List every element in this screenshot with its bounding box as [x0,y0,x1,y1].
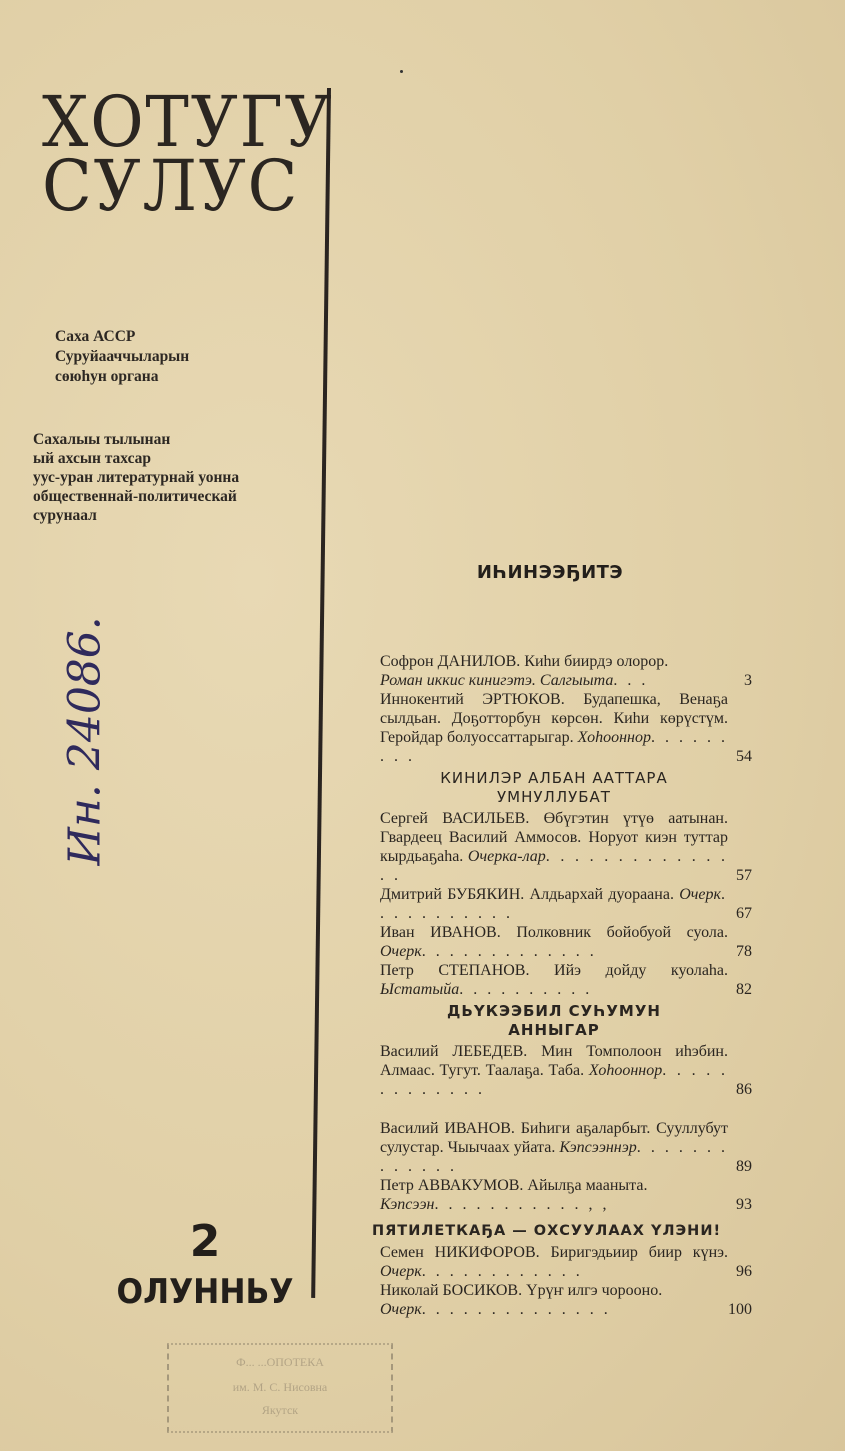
stamp-line: Якутск [169,1403,391,1418]
toc-heading: ИҺИНЭЭҔИТЭ [380,562,720,583]
page-number: 89 [736,1157,752,1176]
table-of-contents: Софрон ДАНИЛОВ. Киһи биирдэ олорор. Рома… [380,652,760,1319]
description-line: общественнай-политическай [33,487,239,506]
magazine-description: Сахалыы тылынан ый ахсын тахсар уус-уран… [33,430,239,525]
page-number: 82 [736,980,752,999]
publisher-organ: Саха АССР Суруйааччыларын сөюһун органа [55,327,189,387]
toc-entry[interactable]: Семен НИКИФОРОВ. Биригэдьиир биир күнэ. … [380,1243,760,1281]
toc-entry[interactable]: Дмитрий БУБЯКИН. Алдьархай дуораана. Оче… [380,885,760,923]
page-number: 96 [736,1262,752,1281]
issue-month: ОЛУННЬУ [113,1272,297,1312]
toc-entry[interactable]: Василий ИВАНОВ. Биһиги аҕаларбыт. Сууллу… [380,1119,760,1176]
page-number: 86 [736,1080,752,1099]
toc-entry[interactable]: Петр СТЕПАНОВ. Ийэ дойду куолаһа. Ыстаты… [380,961,760,999]
description-line: ый ахсын тахсар [33,449,239,468]
description-line: Сахалыы тылынан [33,430,239,449]
section-heading: ДЬҮКЭЭБИЛ СУҺУМУН АННЫГАР [380,1002,760,1040]
toc-entry[interactable]: Иван ИВАНОВ. Полковник бойобуой суола. О… [380,923,760,961]
library-stamp: Ф... ...ОПОТЕКА им. М. С. Нисовна Якутск [167,1343,393,1433]
page-number: 93 [736,1195,752,1214]
inventory-text: Ин. 24086. [60,636,111,866]
toc-entry[interactable]: Сергей ВАСИЛЬЕВ. Өбүгэтин үтүө аатынан. … [380,809,760,885]
organ-line: Суруйааччыларын [55,347,189,367]
page-number: 54 [736,747,752,766]
toc-entry[interactable]: Петр АВВАКУМОВ. Айылҕа мааныта. Кэпсээн.… [380,1176,760,1214]
issue-number: 2 [120,1218,290,1266]
magazine-title: ХОТУГУ СУЛУС [42,90,312,218]
ink-speck [400,70,403,73]
toc-entry[interactable]: Николай БОСИКОВ. Үрүҥ илгэ чорооно. Очер… [380,1281,760,1319]
toc-entry[interactable]: Софрон ДАНИЛОВ. Киһи биирдэ олорор. Рома… [380,652,760,690]
page-number: 100 [728,1300,752,1319]
organ-line: Саха АССР [55,327,189,347]
section-heading: КИНИЛЭР АЛБАН ААТТАРА УМНУЛЛУБАТ [380,769,760,807]
stamp-line: Ф... ...ОПОТЕКА [169,1355,391,1370]
organ-line: сөюһун органа [55,367,189,387]
description-line: сурунаал [33,506,239,525]
page-number: 78 [736,942,752,961]
title-line-2: СУЛУС [42,154,312,218]
page-number: 57 [736,866,752,885]
section-heading: ПЯТИЛЕТКАҔА — ОХСУУЛААХ ҮЛЭНИ! [372,1222,760,1241]
vertical-rule [311,88,331,1298]
page-number: 3 [744,671,752,690]
toc-entry[interactable]: Василий ЛЕБЕДЕВ. Мин Томполоон иһэбин. А… [380,1042,760,1099]
page-number: 67 [736,904,752,923]
description-line: уус-уран литературнай уонна [33,468,239,487]
stamp-line: им. М. С. Нисовна [169,1380,391,1395]
toc-entry[interactable]: Иннокентий ЭРТЮКОВ. Будапешка, Венаҕа сы… [380,690,760,766]
handwritten-inventory-number: Ин. 24086. [30,620,130,860]
